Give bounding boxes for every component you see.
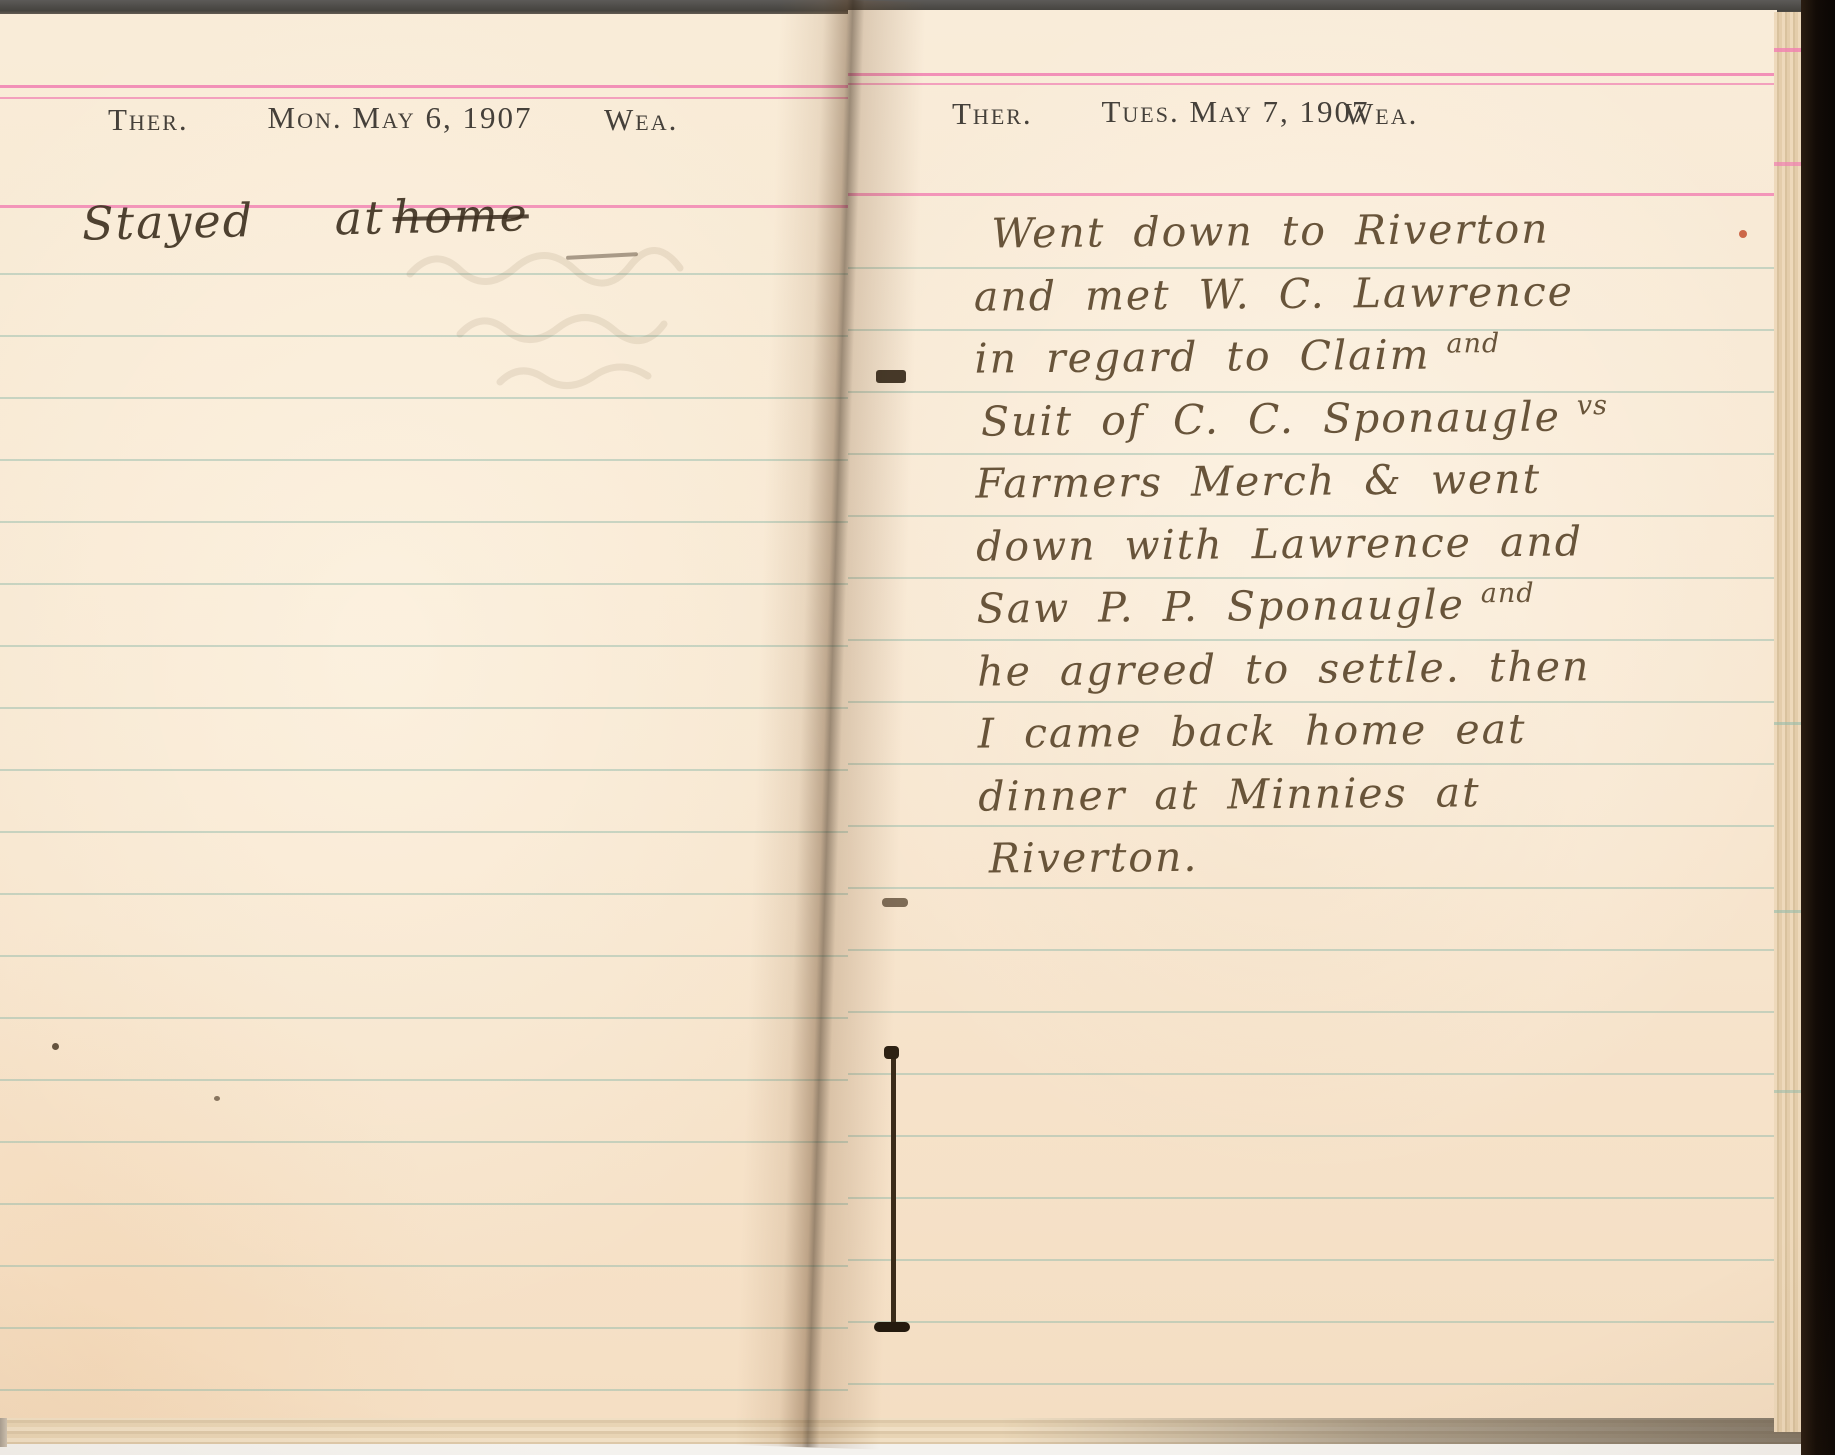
diary-line: he agreed to settle. then [977, 625, 1588, 693]
right-page: Ther. Tues. May 7, 1907 Wea. Went down t… [848, 10, 1777, 1418]
wea-label-left: Wea. [604, 102, 678, 138]
binding-thread-knot [884, 1046, 899, 1059]
diary-line: Riverton. [978, 812, 1589, 880]
entry-text: Stayed at [81, 190, 385, 250]
diary-line: Saw P. P. Sponaugleand [976, 562, 1587, 630]
diary-line: in regard to Claimand [974, 312, 1585, 380]
edge-pink-tick [1774, 48, 1804, 52]
edge-blue-tick [1774, 722, 1804, 725]
binding-thread-knot [874, 1322, 910, 1332]
wea-label-right: Wea. [1344, 96, 1418, 132]
background-right-edge [1801, 0, 1835, 1455]
diary-line: Farmers Merch & went [975, 437, 1586, 505]
edge-blue-tick [1774, 1090, 1804, 1093]
diary-line: and met W. C. Lawrence [974, 250, 1585, 318]
diary-line: Suit of C. C. Sponauglevs [975, 375, 1586, 443]
ink-speck [214, 1096, 220, 1101]
diary-line: Went down to Riverton [973, 187, 1584, 255]
edge-pink-tick [1774, 162, 1804, 166]
header-rule-top2-left [0, 97, 848, 99]
binding-thread [891, 1052, 896, 1332]
pen-strike-tail [566, 252, 638, 260]
diary-entry-left: Stayed athome [81, 187, 529, 250]
ther-label-left: Ther. [108, 102, 189, 138]
edge-blue-tick [1774, 910, 1804, 913]
struck-word: home [392, 187, 529, 244]
diary-line: I came back home eat [977, 687, 1588, 755]
header-rule-top-left [0, 85, 848, 88]
header-rule-top-right [848, 73, 1777, 76]
red-speck [1739, 230, 1747, 238]
date-heading-right: Tues. May 7, 1907 [1088, 94, 1383, 130]
left-page: Ther. Mon. May 6, 1907 Wea. Stayed athom… [0, 14, 848, 1418]
header-rule-top2-right [848, 83, 1777, 85]
ink-speck [52, 1043, 59, 1050]
ther-label-right: Ther. [952, 96, 1033, 132]
diary-entry-right: Went down to Riverton and met W. C. Lawr… [973, 187, 1589, 880]
diary-spread-photo: Ther. Mon. May 6, 1907 Wea. Stayed athom… [0, 0, 1835, 1455]
page-stack-edge-right [1774, 12, 1804, 1432]
date-heading-left: Mon. May 6, 1907 [255, 100, 545, 136]
ruled-lines-left [0, 213, 848, 1399]
photo-bottom-margin [0, 1444, 1835, 1455]
diary-line: dinner at Minnies at [978, 750, 1589, 818]
ink-bleed-ghost [380, 214, 800, 434]
stitch-mark [882, 898, 908, 907]
diary-line: down with Lawrence and [976, 500, 1587, 568]
stitch-mark [876, 370, 906, 383]
